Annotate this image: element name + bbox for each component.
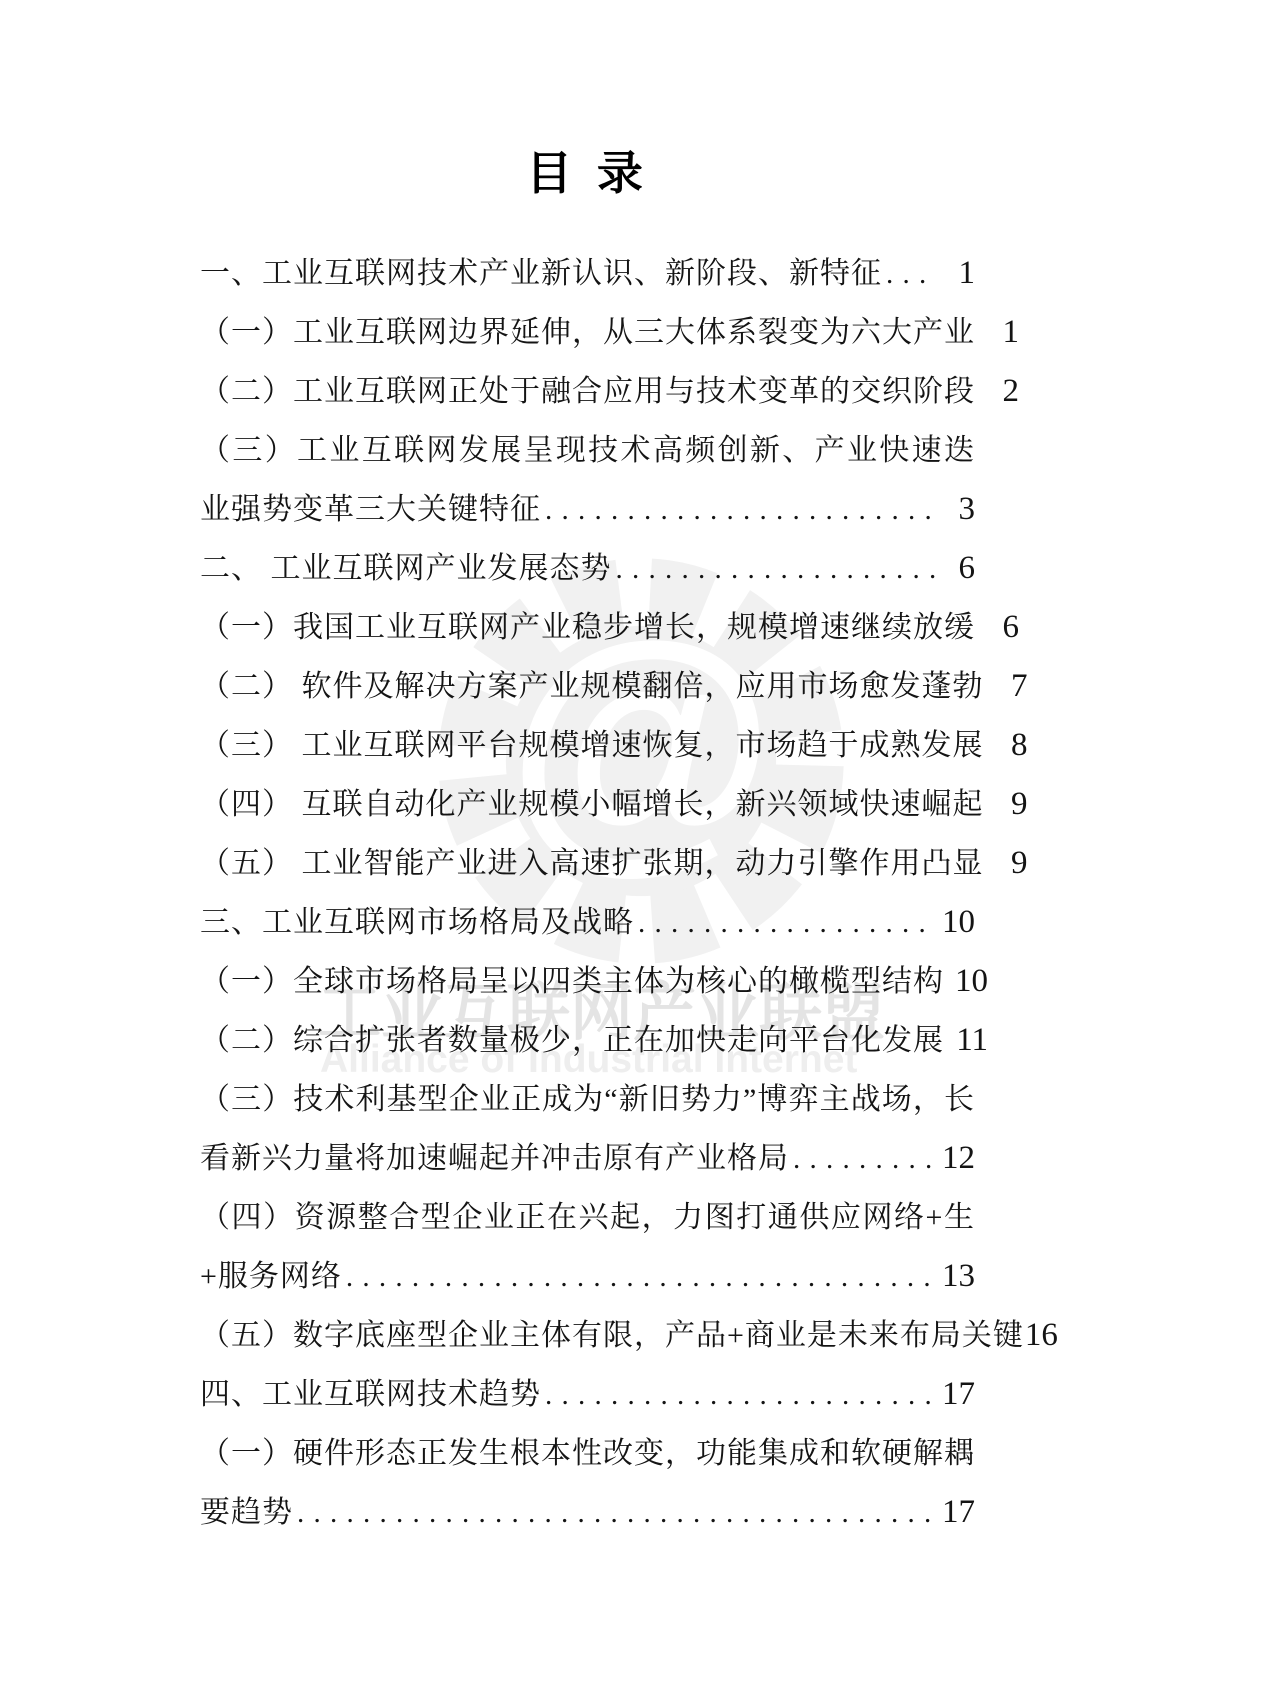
toc-page: 目 录 一、工业互联网技术产业新认识、新阶段、新特征. . . . . . . … (0, 146, 1280, 1542)
toc-entry-text: 业强势变革三大关键特征 (200, 480, 541, 539)
toc-entry-text: （五） 工业智能产业进入高速扩张期，动力引擎作用凸显 (200, 834, 984, 893)
toc-list: 一、工业互联网技术产业新认识、新阶段、新特征. . . . . . . . . … (200, 244, 975, 1542)
toc-entry-text: （一）全球市场格局呈以四类主体为核心的橄榄型结构 (200, 952, 944, 1011)
toc-entry: 要趋势. . . . . . . . . . . . . . . . . . .… (200, 1483, 975, 1542)
page-number: 7 (994, 657, 1028, 716)
toc-entry: （一）硬件形态正发生根本性改变，功能集成和软硬解耦是主 (200, 1424, 975, 1483)
dot-leader: . . . . . . . . . . . . . . . . . . . . … (886, 245, 935, 304)
toc-entry: （二） 软件及解决方案产业规模翻倍，应用市场愈发蓬勃. . . . . . . … (200, 657, 975, 716)
toc-entry-text: （五）数字底座型企业主体有限，产品+商业是未来布局关键 (200, 1306, 1024, 1365)
page-number: 6 (941, 539, 975, 598)
toc-entry: （三）工业互联网发展呈现技术高频创新、产业快速迭代、商 (200, 421, 975, 480)
toc-entry-text: （四）资源整合型企业正在兴起，力图打通供应网络+生产网络 (200, 1188, 975, 1247)
toc-entry-text: 三、工业互联网市场格局及战略 (200, 893, 634, 952)
toc-entry: （五）数字底座型企业主体有限，产品+商业是未来布局关键16 (200, 1306, 975, 1365)
toc-entry-text: （一）工业互联网边界延伸，从三大体系裂变为六大产业 (200, 303, 975, 362)
toc-entry: （三） 工业互联网平台规模增速恢复，市场趋于成熟发展. . . . . . . … (200, 716, 975, 775)
toc-entry-text: （二）综合扩张者数量极少，正在加快走向平台化发展 (200, 1011, 944, 1070)
page-number: 6 (985, 598, 1019, 657)
page-number: 10 (954, 952, 988, 1011)
toc-entry: （一）工业互联网边界延伸，从三大体系裂变为六大产业. . . . . . . .… (200, 303, 975, 362)
page-number: 12 (941, 1129, 975, 1188)
dot-leader: . . . . . . . . . . . . . . . . . . . . … (793, 1130, 935, 1189)
page-number: 13 (941, 1247, 975, 1306)
page-number: 3 (941, 480, 975, 539)
page-number: 8 (994, 716, 1028, 775)
toc-entry-text: （一）我国工业互联网产业稳步增长，规模增速继续放缓 (200, 598, 975, 657)
toc-entry-text: （一）硬件形态正发生根本性改变，功能集成和软硬解耦是主 (200, 1424, 975, 1483)
toc-entry: （五） 工业智能产业进入高速扩张期，动力引擎作用凸显. . . . . . . … (200, 834, 975, 893)
toc-entry-text: 看新兴力量将加速崛起并冲击原有产业格局 (200, 1129, 789, 1188)
dot-leader: . . . . . . . . . . . . . . . . . . . . … (616, 540, 936, 599)
dot-leader: . . . . . . . . . . . . . . . . . . . . … (346, 1248, 935, 1307)
dot-leader: . . . . . . . . . . . . . . . . . . . . … (545, 481, 935, 540)
toc-entry: 四、工业互联网技术趋势. . . . . . . . . . . . . . .… (200, 1365, 975, 1424)
toc-entry: 看新兴力量将加速崛起并冲击原有产业格局. . . . . . . . . . .… (200, 1129, 975, 1188)
dot-leader: . . . . . . . . . . . . . . . . . . . . … (545, 1366, 935, 1425)
page-number: 17 (941, 1483, 975, 1542)
toc-entry-text: 二、 工业互联网产业发展态势 (200, 539, 612, 598)
toc-entry: 一、工业互联网技术产业新认识、新阶段、新特征. . . . . . . . . … (200, 244, 975, 303)
toc-entry-text: （三）技术利基型企业正成为“新旧势力”博弈主战场，长期 (200, 1070, 975, 1129)
page-number: 17 (941, 1365, 975, 1424)
toc-entry: （一）我国工业互联网产业稳步增长，规模增速继续放缓. . . . . . . .… (200, 598, 975, 657)
toc-entry: 二、 工业互联网产业发展态势. . . . . . . . . . . . . … (200, 539, 975, 598)
toc-entry: （二）综合扩张者数量极少，正在加快走向平台化发展. . . . . . . . … (200, 1011, 975, 1070)
toc-entry: （四）资源整合型企业正在兴起，力图打通供应网络+生产网络 (200, 1188, 975, 1247)
toc-entry-text: （二）工业互联网正处于融合应用与技术变革的交织阶段 (200, 362, 975, 421)
toc-entry-text: （三）工业互联网发展呈现技术高频创新、产业快速迭代、商 (200, 421, 975, 480)
toc-entry-text: （四） 互联自动化产业规模小幅增长，新兴领域快速崛起 (200, 775, 984, 834)
page-number: 2 (985, 362, 1019, 421)
page-title: 目 录 (200, 146, 975, 200)
toc-entry: 业强势变革三大关键特征. . . . . . . . . . . . . . .… (200, 480, 975, 539)
toc-entry-text: （三） 工业互联网平台规模增速恢复，市场趋于成熟发展 (200, 716, 984, 775)
toc-entry: （一）全球市场格局呈以四类主体为核心的橄榄型结构. . . . . . . . … (200, 952, 975, 1011)
toc-entry-text: 一、工业互联网技术产业新认识、新阶段、新特征 (200, 244, 882, 303)
page-number: 9 (994, 775, 1028, 834)
page-number: 11 (954, 1011, 988, 1070)
dot-leader: . . . . . . . . . . . . . . . . . . . . … (638, 894, 935, 953)
toc-entry-text: +服务网络 (200, 1247, 342, 1306)
toc-entry-text: （二） 软件及解决方案产业规模翻倍，应用市场愈发蓬勃 (200, 657, 984, 716)
toc-entry-text: 要趋势 (200, 1483, 293, 1542)
page-number: 10 (941, 893, 975, 952)
toc-entry: 三、工业互联网市场格局及战略. . . . . . . . . . . . . … (200, 893, 975, 952)
page-number: 16 (1024, 1306, 1058, 1365)
page-number: 1 (985, 303, 1019, 362)
toc-entry-text: 四、工业互联网技术趋势 (200, 1365, 541, 1424)
dot-leader: . . . . . . . . . . . . . . . . . . . . … (297, 1484, 935, 1543)
page-number: 1 (941, 244, 975, 303)
toc-entry: （三）技术利基型企业正成为“新旧势力”博弈主战场，长期 (200, 1070, 975, 1129)
toc-entry: （四） 互联自动化产业规模小幅增长，新兴领域快速崛起. . . . . . . … (200, 775, 975, 834)
toc-entry: +服务网络. . . . . . . . . . . . . . . . . .… (200, 1247, 975, 1306)
toc-entry: （二）工业互联网正处于融合应用与技术变革的交织阶段. . . . . . . .… (200, 362, 975, 421)
page-number: 9 (994, 834, 1028, 893)
